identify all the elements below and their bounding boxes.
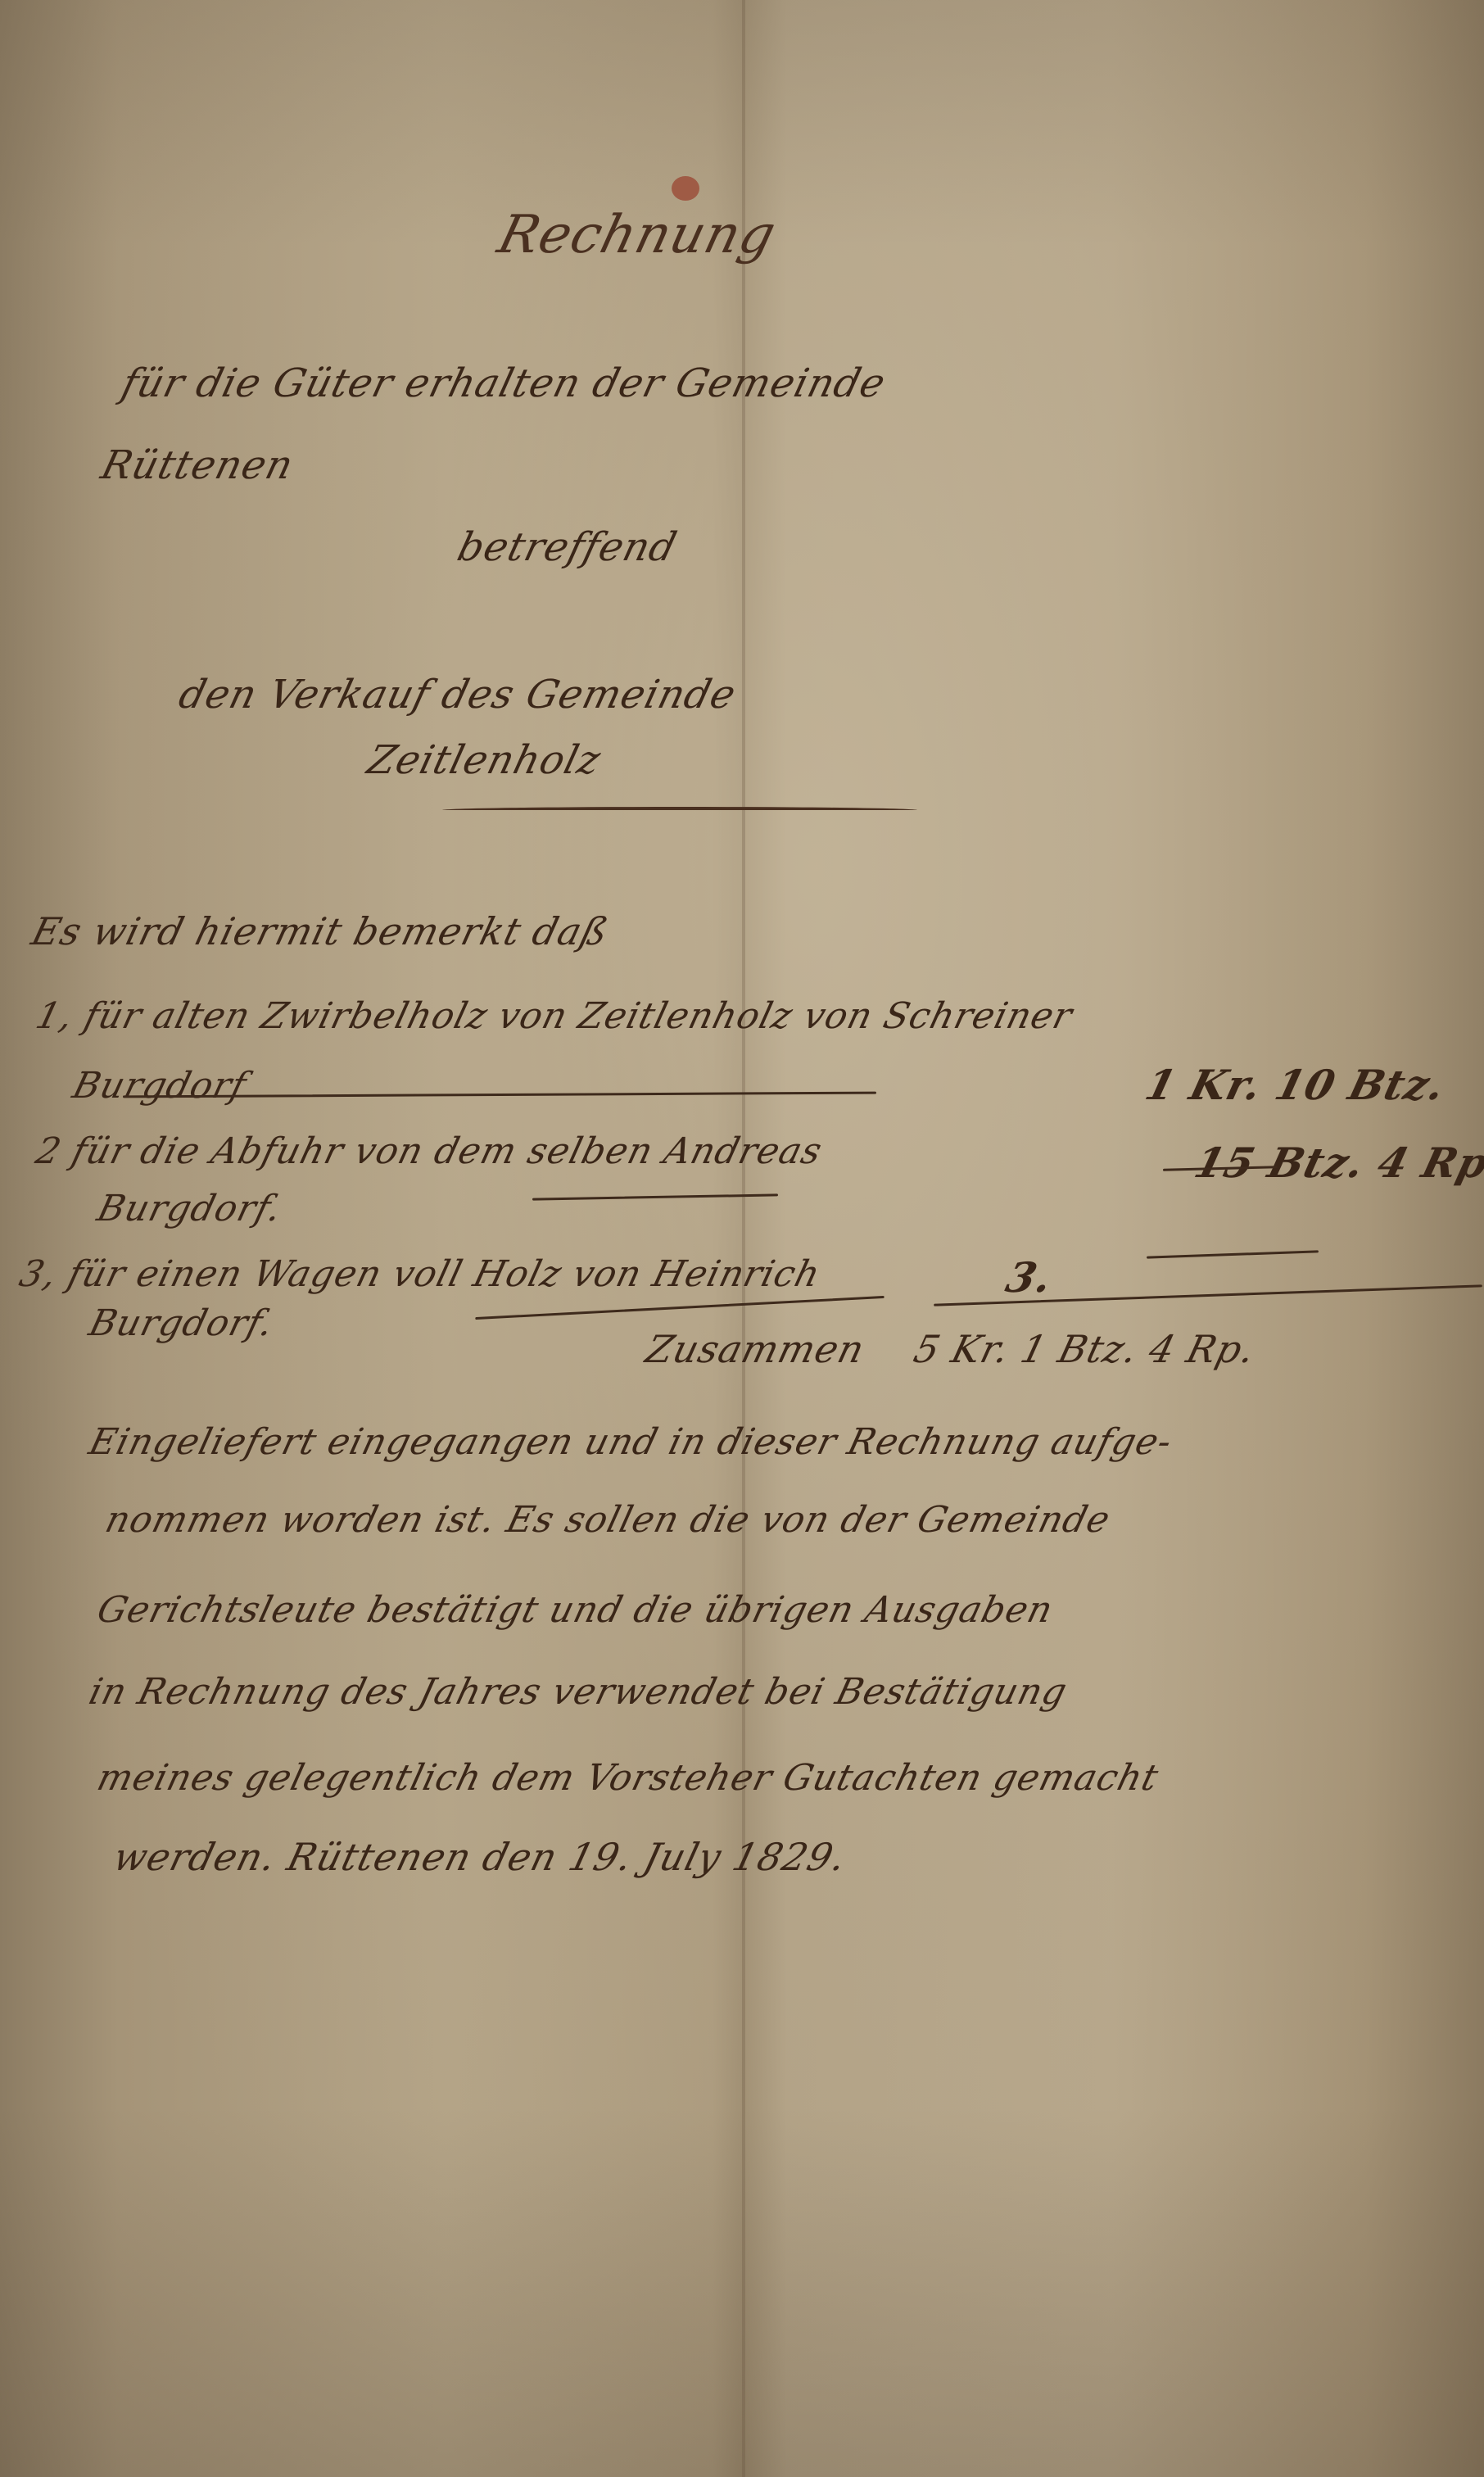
red-ink-blot: [672, 176, 699, 201]
total-amount: 5 Kr. 1 Btz. 4 Rp.: [909, 1327, 1260, 1371]
title-underline-flourish: [442, 807, 917, 813]
item-1-line-1: 1, für alten Zwirbelholz von Zeitlenholz…: [32, 995, 1077, 1037]
document-title: Rechnung: [492, 205, 782, 265]
item-description: für einen Wagen voll Holz von Heinrich: [64, 1253, 825, 1295]
paragraph-line-2: nommen worden ist. Es sollen die von der…: [102, 1499, 1115, 1541]
paragraph-line-4: in Rechnung des Jahres verwendet bei Bes…: [85, 1671, 1072, 1713]
total-label: Zusammen: [641, 1327, 869, 1371]
item-2-amount: 15 Btz. 4 Rp.: [1190, 1139, 1484, 1187]
header-line-4: den Verkauf des Gemeinde: [174, 672, 741, 718]
item-description: für die Abfuhr von dem selben Andreas: [68, 1130, 827, 1172]
header-line-5: Zeitlenholz: [363, 737, 605, 783]
paragraph-line-6-date: werden. Rüttenen den 19. July 1829.: [109, 1835, 851, 1879]
header-line-3: betreffend: [453, 524, 681, 570]
intro-line: Es wird hiermit bemerkt daß: [27, 909, 613, 953]
item-1-line-2: Burgdorf: [69, 1065, 251, 1107]
item-description: für alten Zwirbelholz von Zeitlenholz vo…: [80, 995, 1077, 1037]
item-3-line-2: Burgdorf.: [85, 1302, 278, 1344]
item-2-line-2: Burgdorf.: [93, 1188, 287, 1229]
paragraph-line-3: Gerichtsleute bestätigt und die übrigen …: [93, 1589, 1058, 1631]
header-line-2: Rüttenen: [97, 442, 298, 488]
paragraph-line-1: Eingeliefert eingegangen und in dieser R…: [85, 1421, 1177, 1463]
item-1-amount: 1 Kr. 10 Btz.: [1141, 1061, 1450, 1109]
header-line-1: für die Güter erhalten der Gemeinde: [117, 360, 890, 406]
total-row: Zusammen 5 Kr. 1 Btz. 4 Rp.: [641, 1327, 1260, 1371]
item-3-line-1: 3, für einen Wagen voll Holz von Heinric…: [16, 1253, 825, 1295]
paragraph-line-5: meines gelegentlich dem Vorsteher Gutach…: [93, 1757, 1163, 1799]
item-2-line-1: 2 für die Abfuhr von dem selben Andreas: [32, 1130, 827, 1172]
